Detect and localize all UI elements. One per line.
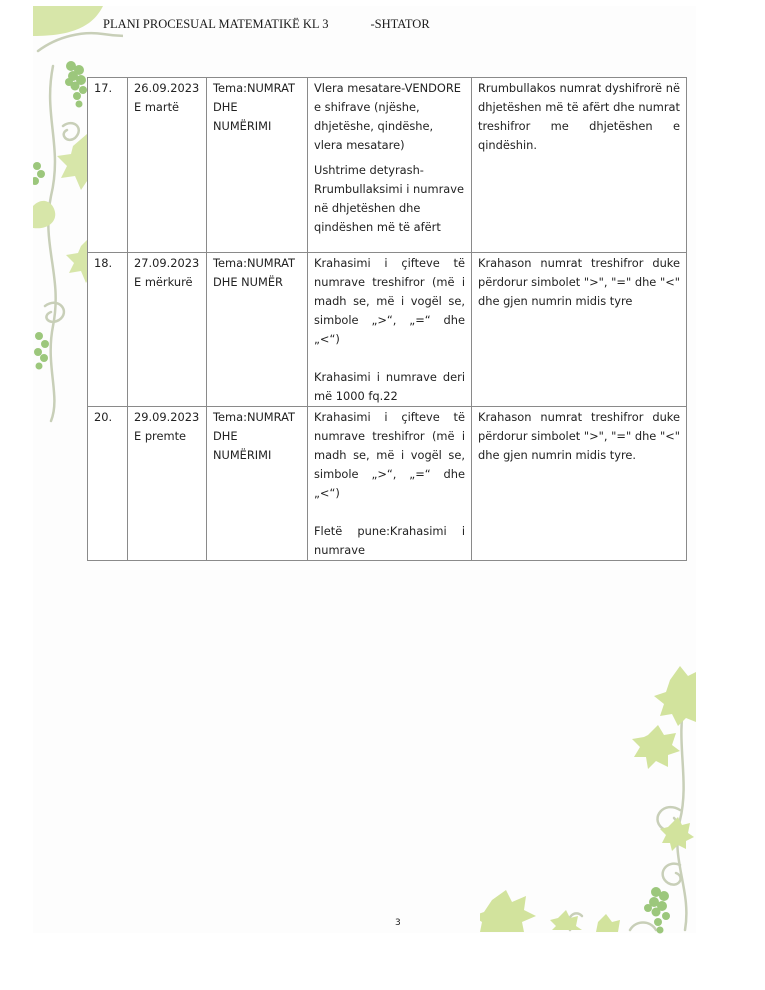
- topic-line: NUMËRIMI: [213, 446, 301, 465]
- lesson-number: 18.: [88, 253, 128, 407]
- learning-outcome: Rrumbullakos numrat dyshifrorë në dhjetë…: [472, 78, 687, 253]
- lesson-content: Ushtrime detyrash-Rrumbullaksimi i numra…: [314, 161, 465, 237]
- page-number: 3: [395, 918, 401, 928]
- topic-line: DHE: [213, 427, 301, 446]
- lesson-day: E martë: [134, 98, 200, 117]
- lesson-content-cell: Krahasimi i çifteve të numrave treshifro…: [308, 407, 472, 561]
- lesson-day: E premte: [134, 427, 200, 446]
- topic-line: NUMËRIMI: [213, 117, 301, 136]
- table-row: 17. 26.09.2023 E martë Tema:NUMRAT DHE N…: [88, 78, 687, 253]
- lesson-number: 17.: [88, 78, 128, 253]
- topic-line: DHE: [213, 98, 301, 117]
- lesson-content: Krahasimi i çifteve të numrave treshifro…: [314, 254, 465, 349]
- lesson-content: Fletë pune:Krahasimi i numrave: [314, 522, 465, 560]
- lesson-topic-cell: Tema:NUMRAT DHE NUMËRIMI: [207, 78, 308, 253]
- lesson-plan-table: 17. 26.09.2023 E martë Tema:NUMRAT DHE N…: [87, 77, 687, 561]
- learning-outcome: Krahason numrat treshifror duke përdorur…: [472, 407, 687, 561]
- lesson-content: Vlera mesatare-VENDORE e shifrave (njësh…: [314, 79, 465, 155]
- header-month: -SHTATOR: [370, 17, 429, 31]
- topic-line: Tema:NUMRAT: [213, 254, 301, 273]
- topic-line: DHE NUMËR: [213, 273, 301, 292]
- lesson-topic-cell: Tema:NUMRAT DHE NUMËR: [207, 253, 308, 407]
- lesson-date: 26.09.2023: [134, 79, 200, 98]
- table-row: 18. 27.09.2023 E mërkurë Tema:NUMRAT DHE…: [88, 253, 687, 407]
- lesson-content: Krahasimi i numrave deri më 1000 fq.22: [314, 368, 465, 406]
- learning-outcome: Krahason numrat treshifror duke përdorur…: [472, 253, 687, 407]
- lesson-date-cell: 27.09.2023 E mërkurë: [128, 253, 207, 407]
- lesson-content: Krahasimi i çifteve të numrave treshifro…: [314, 408, 465, 503]
- header-title: PLANI PROCESUAL MATEMATIKË KL 3: [103, 17, 328, 31]
- lesson-number: 20.: [88, 407, 128, 561]
- lesson-content-cell: Krahasimi i çifteve të numrave treshifro…: [308, 253, 472, 407]
- table-row: 20. 29.09.2023 E premte Tema:NUMRAT DHE …: [88, 407, 687, 561]
- lesson-day: E mërkurë: [134, 273, 200, 292]
- lesson-date-cell: 26.09.2023 E martë: [128, 78, 207, 253]
- lesson-content-cell: Vlera mesatare-VENDORE e shifrave (njësh…: [308, 78, 472, 253]
- topic-line: Tema:NUMRAT: [213, 79, 301, 98]
- lesson-topic-cell: Tema:NUMRAT DHE NUMËRIMI: [207, 407, 308, 561]
- lesson-date: 29.09.2023: [134, 408, 200, 427]
- document-header: PLANI PROCESUAL MATEMATIKË KL 3-SHTATOR: [103, 17, 430, 32]
- lesson-date: 27.09.2023: [134, 254, 200, 273]
- topic-line: Tema:NUMRAT: [213, 408, 301, 427]
- lesson-date-cell: 29.09.2023 E premte: [128, 407, 207, 561]
